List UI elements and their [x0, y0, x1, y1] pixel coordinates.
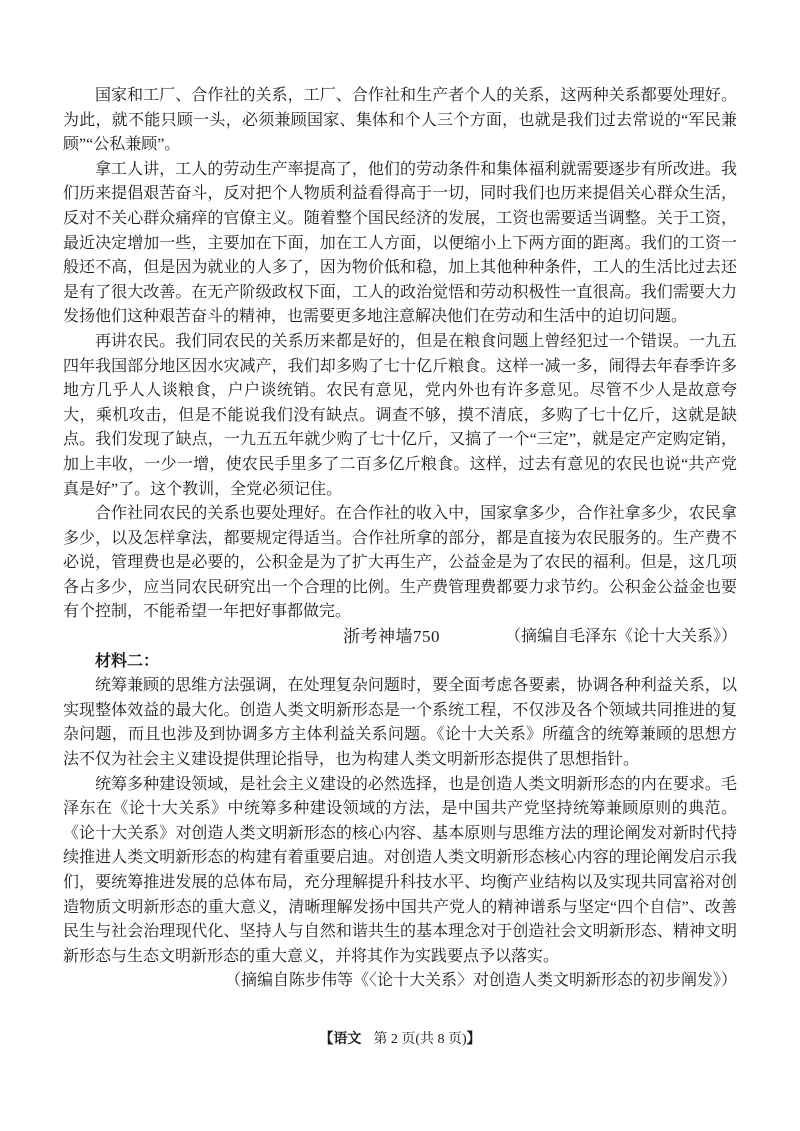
- material-one-source-row: 浙考神墙750 （摘编自毛泽东《论十大关系》）: [63, 625, 737, 650]
- paragraph: 统筹兼顾的思维方法强调，在处理复杂问题时，要全面考虑各要素，协调各种利益关系，以…: [63, 674, 737, 772]
- page-content: 国家和工厂、合作社的关系，工厂、合作社和生产者个人的关系，这两种关系都要处理好。…: [63, 84, 737, 994]
- footer-subject: 【语文: [319, 1030, 361, 1046]
- material-two-paragraphs: 统筹兼顾的思维方法强调，在处理复杂问题时，要全面考虑各要素，协调各种利益关系，以…: [63, 674, 737, 969]
- paragraph: 拿工人讲，工人的劳动生产率提高了，他们的劳动条件和集体福利就需要逐步有所改进。我…: [63, 158, 737, 330]
- material-one-paragraphs: 国家和工厂、合作社的关系，工厂、合作社和生产者个人的关系，这两种关系都要处理好。…: [63, 84, 737, 625]
- material-two-heading: 材料二：: [63, 650, 737, 675]
- footer-close-bracket: 】: [467, 1030, 481, 1046]
- paragraph: 统筹多种建设领域，是社会主义建设的必然选择，也是创造人类文明新形态的内在要求。毛…: [63, 773, 737, 970]
- page-footer: 【语文第 2 页(共 8 页)】: [63, 1028, 737, 1050]
- material-two-source-row: （摘编自陈步伟等《〈论十大关系〉对创造人类文明新形态的初步阐发》）: [63, 969, 737, 994]
- footer-page-info: 第 2 页(共 8 页): [373, 1032, 466, 1047]
- paragraph: 合作社同农民的关系也要处理好。在合作社的收入中，国家拿多少，合作社拿多少，农民拿…: [63, 502, 737, 625]
- material-two-section: 材料二： 统筹兼顾的思维方法强调，在处理复杂问题时，要全面考虑各要素，协调各种利…: [63, 650, 737, 994]
- material-one-attribution: （摘编自毛泽东《论十大关系》）: [505, 628, 737, 645]
- watermark-text: 浙考神墙750: [343, 625, 440, 650]
- exam-page-scan: 国家和工厂、合作社的关系，工厂、合作社和生产者个人的关系，这两种关系都要处理好。…: [0, 0, 800, 1131]
- material-one-section: 国家和工厂、合作社的关系，工厂、合作社和生产者个人的关系，这两种关系都要处理好。…: [63, 84, 737, 650]
- paragraph: 国家和工厂、合作社的关系，工厂、合作社和生产者个人的关系，这两种关系都要处理好。…: [63, 84, 737, 158]
- material-two-attribution: （摘编自陈步伟等《〈论十大关系〉对创造人类文明新形态的初步阐发》）: [225, 972, 737, 989]
- paragraph: 再讲农民。我们同农民的关系历来都是好的，但是在粮食问题上曾经犯过一个错误。一九五…: [63, 330, 737, 502]
